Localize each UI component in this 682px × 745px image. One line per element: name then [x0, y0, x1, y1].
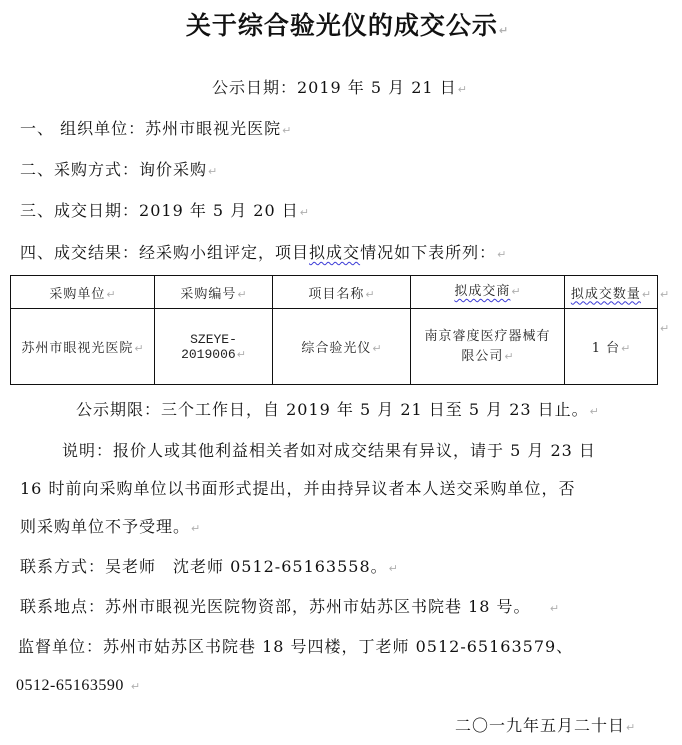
section-label: 成交日期：	[54, 201, 139, 220]
paragraph-mark-icon: ↵	[237, 288, 246, 301]
paragraph-mark-icon: ↵	[511, 285, 520, 298]
supervisor-line-1: 监督单位：苏州市姑苏区书院巷 18 号四楼，丁老师 0512-65163579、	[18, 637, 573, 657]
paragraph-mark-icon: ↵	[497, 248, 506, 261]
supervisor-line-2: 0512-65163590 ↵	[16, 675, 140, 697]
header-cell-code: 采购编号↵	[155, 276, 273, 309]
result-table: 采购单位↵ 采购编号↵ 项目名称↵ 拟成交商↵ 拟成交数量↵ 苏州市眼视光医院↵…	[10, 275, 658, 385]
supervisor-phone: 0512-65163590	[16, 677, 124, 694]
announcement-period: 公示期限：三个工作日，自 2019 年 5 月 21 日至 5 月 23 日止。…	[76, 400, 599, 422]
note-text: 16 时前向采购单位以书面形式提出，并由持异议者本人送交采购单位，否	[20, 479, 575, 498]
cell-quantity: 1 台↵	[565, 309, 658, 385]
note-line-2: 16 时前向采购单位以书面形式提出，并由持异议者本人送交采购单位，否	[20, 479, 575, 499]
section-value: 苏州市眼视光医院	[145, 119, 281, 138]
table-header-row: 采购单位↵ 采购编号↵ 项目名称↵ 拟成交商↵ 拟成交数量↵	[11, 276, 658, 309]
section-value: 询价采购	[139, 160, 207, 179]
note-text: 则采购单位不予受理。	[20, 517, 190, 536]
table-row: 苏州市眼视光医院↵ SZEYE-2019006↵ 综合验光仪↵ 南京睿度医疗器械…	[11, 309, 658, 385]
cell-supplier: 南京睿度医疗器械有限公司↵	[411, 309, 565, 385]
paragraph-mark-icon: ↵	[365, 288, 374, 301]
section-result: 四、成交结果：经采购小组评定，项目拟成交情况如下表所列：↵	[20, 243, 506, 265]
note-line-3: 则采购单位不予受理。↵	[20, 517, 200, 539]
paragraph-mark-icon: ↵	[208, 165, 217, 178]
header-text: 采购单位	[49, 287, 105, 302]
announce-date-text: 公示日期：2019 年 5 月 21 日	[212, 78, 457, 97]
header-cell-unit: 采购单位↵	[11, 276, 155, 309]
section-method: 二、采购方式：询价采购↵	[20, 160, 217, 182]
section-label: 采购方式：	[54, 160, 139, 179]
cell-unit: 苏州市眼视光医院↵	[11, 309, 155, 385]
signature-date: 二〇一九年五月二十日↵	[455, 716, 635, 738]
paragraph-mark-icon: ↵	[621, 342, 630, 355]
paragraph-mark-icon: ↵	[642, 288, 651, 301]
header-cell-supplier: 拟成交商↵	[411, 276, 565, 309]
cell-text: 综合验光仪	[301, 341, 371, 356]
section-number: 四、	[20, 243, 54, 262]
section-value: 2019 年 5 月 20 日	[139, 201, 299, 220]
cell-text: SZEYE-2019006	[181, 332, 237, 362]
period-text: 公示期限：三个工作日，自 2019 年 5 月 21 日至 5 月 23 日止。	[76, 400, 589, 419]
cell-code: SZEYE-2019006↵	[155, 309, 273, 385]
paragraph-mark-icon: ↵	[131, 680, 140, 693]
paragraph-mark-icon: ↵	[550, 602, 559, 615]
section-number: 一、	[20, 119, 54, 138]
header-text: 项目名称	[308, 287, 364, 302]
section-label: 成交结果：	[54, 243, 139, 262]
paragraph-mark-icon: ↵	[499, 24, 508, 37]
paragraph-mark-icon: ↵	[504, 350, 513, 363]
announce-date: 公示日期：2019 年 5 月 21 日↵	[212, 78, 467, 100]
section-organizer: 一、 组织单位：苏州市眼视光医院↵	[20, 119, 291, 141]
note-text: 说明：报价人或其他利益相关者如对成交结果有异议，请于 5 月 23 日	[62, 441, 596, 460]
paragraph-mark-icon: ↵	[389, 562, 398, 575]
supervisor-text: 监督单位：苏州市姑苏区书院巷 18 号四楼，丁老师 0512-65163579、	[18, 637, 573, 656]
header-text: 拟成交商	[454, 284, 510, 299]
header-cell-project: 项目名称↵	[273, 276, 411, 309]
row-end-mark-icon: ↵	[660, 288, 669, 301]
signature-date-text: 二〇一九年五月二十日	[455, 716, 625, 735]
contact-address: 联系地点：苏州市眼视光医院物资部，苏州市姑苏区书院巷 18 号。 ↵	[20, 597, 559, 619]
note-line-1: 说明：报价人或其他利益相关者如对成交结果有异议，请于 5 月 23 日	[62, 441, 596, 461]
paragraph-mark-icon: ↵	[134, 342, 143, 355]
paragraph-mark-icon: ↵	[300, 206, 309, 219]
header-text: 拟成交数量	[571, 287, 641, 302]
cell-text: 1 台	[592, 341, 620, 356]
section-value: 经采购小组评定，项目	[139, 243, 309, 262]
cell-project: 综合验光仪↵	[273, 309, 411, 385]
paragraph-mark-icon: ↵	[458, 83, 467, 96]
cell-text-line1: 南京睿度医疗器械有	[424, 329, 550, 344]
section-value-tail: 情况如下表所列：	[360, 243, 496, 262]
spellcheck-underlined-text: 拟成交	[309, 243, 360, 262]
section-deal-date: 三、成交日期：2019 年 5 月 20 日↵	[20, 201, 309, 223]
paragraph-mark-icon: ↵	[191, 522, 200, 535]
paragraph-mark-icon: ↵	[372, 342, 381, 355]
contact-text: 联系方式：吴老师 沈老师 0512-65163558。	[20, 557, 388, 576]
document-title: 关于综合验光仪的成交公示↵	[0, 10, 682, 47]
paragraph-mark-icon: ↵	[106, 288, 115, 301]
paragraph-mark-icon: ↵	[626, 721, 635, 734]
cell-text-line2: 限公司	[461, 349, 503, 364]
paragraph-mark-icon: ↵	[237, 348, 246, 361]
contact-info: 联系方式：吴老师 沈老师 0512-65163558。↵	[20, 557, 398, 579]
title-text: 关于综合验光仪的成交公示	[186, 11, 498, 40]
paragraph-mark-icon: ↵	[590, 405, 599, 418]
address-text: 联系地点：苏州市眼视光医院物资部，苏州市姑苏区书院巷 18 号。	[20, 597, 531, 616]
row-end-mark-icon: ↵	[660, 322, 669, 335]
header-text: 采购编号	[180, 287, 236, 302]
section-number: 二、	[20, 160, 54, 179]
section-label: 组织单位：	[60, 119, 145, 138]
section-number: 三、	[20, 201, 54, 220]
paragraph-mark-icon: ↵	[282, 124, 291, 137]
header-cell-quantity: 拟成交数量↵	[565, 276, 658, 309]
cell-text: 苏州市眼视光医院	[21, 341, 133, 356]
